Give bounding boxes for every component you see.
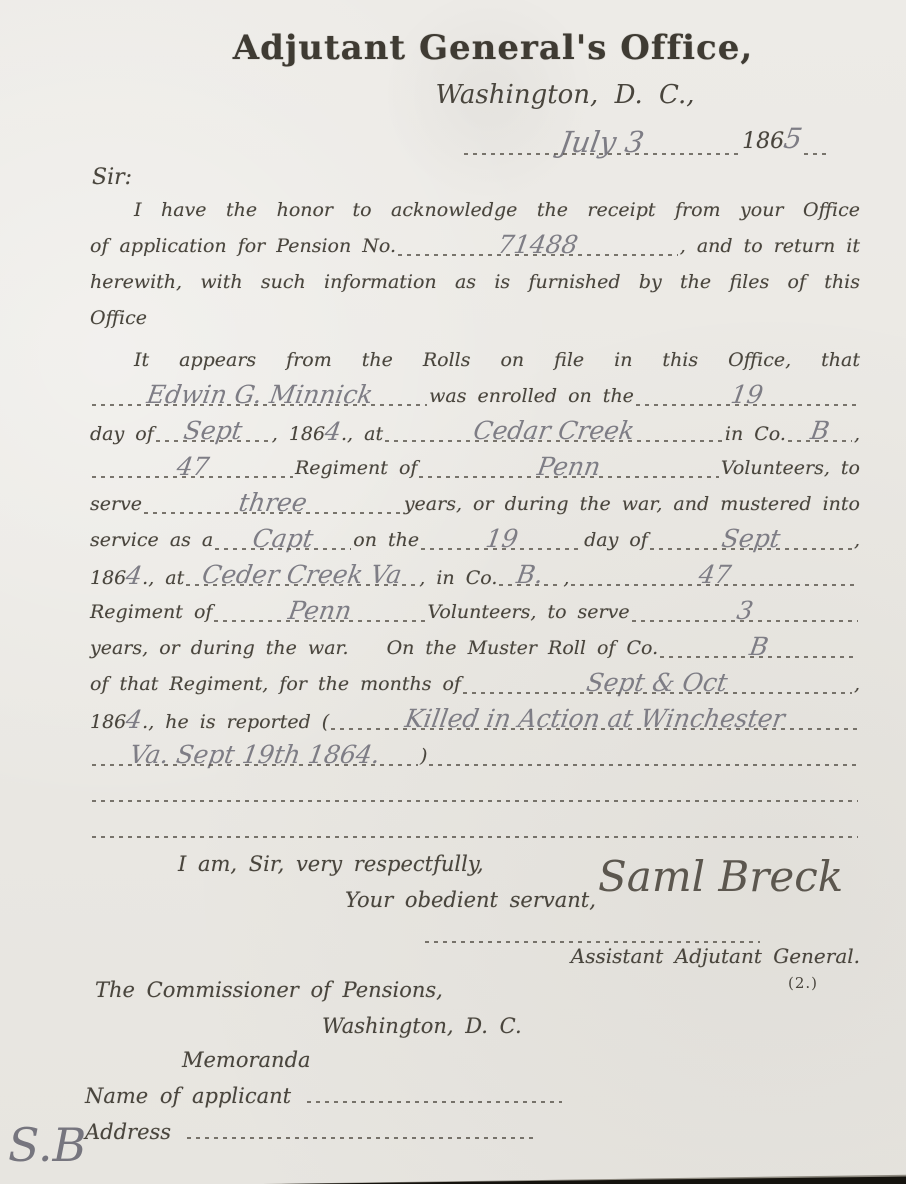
memoranda-label: Memoranda [182,1048,311,1072]
letter-line: It appears from the Rolls on file in thi… [90,342,860,378]
addressee-line1-wrap: The Commissioner of Pensions, [95,972,443,1008]
letter-line: Va. Sept 19th 1864.) [90,738,860,774]
handwritten-entry: Sept & Oct [585,668,730,697]
office-title: Adjutant General's Office, [80,28,906,68]
form-blank: Penn [212,594,427,630]
printed-text: , 186 [272,416,325,452]
date-line: July 3 186 5 [462,120,830,164]
dotted-blank [427,738,860,774]
printed-text: ) [420,738,427,774]
handwritten-entry: Sept [720,524,783,553]
letter-line: Edwin G. Minnickwas enrolled on the19 [90,378,860,414]
printed-text: of application for Pension No. [90,228,396,264]
salutation: Sir: [92,165,132,190]
handwritten-entry: Capt [251,524,316,553]
form-blank: Edwin G. Minnick [90,378,429,414]
clerk-initials-wrap: S.B [8,1118,86,1172]
applicant-name-blank [307,1101,562,1103]
letter-line [90,774,860,810]
handwritten-entry: three [237,488,309,517]
printed-text: years, or during the war. [90,630,349,666]
printed-text: , [854,522,860,558]
letter-line: 47Regiment ofPennVolunteers, to [90,450,860,486]
closing-respectfully-wrap: I am, Sir, very respectfully, [178,846,484,882]
closing-servant-wrap: Your obedient servant, [345,882,596,918]
printed-text: ., he is reported ( [142,704,329,740]
printed-text: serve [90,486,142,522]
applicant-name-label: Name of applicant [85,1078,291,1114]
printed-text: 186 [90,560,126,596]
letter-line: 1864., atCeder Creek Va, in Co.B.,47 [90,558,860,594]
addressee-line1: The Commissioner of Pensions, [95,978,443,1002]
printed-text: of that Regiment, for the months of [90,666,461,702]
printed-text: ., at [142,560,184,596]
letter-line: Regiment ofPennVolunteers, to serve3 [90,594,860,630]
dotted-blank [90,810,860,846]
handwritten-entry: 47 [174,452,210,481]
applicant-name-row: Name of applicant [85,1078,562,1114]
city-line: Washington, D. C., [435,80,694,110]
letter-line: day ofSept, 1864., atCedar Creekin Co.B, [90,414,860,450]
memoranda-wrap: Memoranda [182,1042,311,1078]
form-blank: Killed in Action at Winchester [329,702,860,738]
printed-text: day of [584,522,648,558]
printed-text: in Co. [725,416,786,452]
printed-text: years, or during the war, and mustered i… [404,486,860,522]
page-mark: (2.) [788,974,818,992]
closing-servant: Your obedient servant, [345,888,596,912]
printed-text: herewith, with such information as is fu… [90,271,860,293]
letter-line: herewith, with such information as is fu… [90,264,860,300]
form-blank: three [142,486,404,522]
handwritten-entry: Penn [536,452,603,481]
form-blank: 47 [90,450,295,486]
closing-respectfully: I am, Sir, very respectfully, [178,852,484,876]
form-blank: Ceder Creek Va [184,558,419,594]
letter-line: of application for Pension No.71488, and… [90,228,860,264]
handwritten-entry: Sept [181,416,244,445]
form-blank: Sept & Oct [461,666,854,702]
form-blank: Capt [213,522,353,558]
printed-text: On the Muster Roll of Co. [387,630,659,666]
letter-line: years, or during the war.On the Muster R… [90,630,860,666]
signed-title-wrap: Assistant Adjutant General. [571,938,860,974]
form-blank: 3 [630,594,860,630]
handwritten-entry: 19 [483,524,519,553]
addressee-line2: Washington, D. C. [322,1014,522,1038]
clerk-initials: S.B [8,1118,86,1172]
city-line-wrap: Washington, D. C., [380,80,750,110]
form-blank: Penn [417,450,720,486]
printed-text: Volunteers, to serve [427,594,629,630]
handwritten-entry: Edwin G. Minnick [144,380,374,409]
handwritten-entry: Ceder Creek Va [200,560,404,589]
handwritten-entry: B. [515,560,546,589]
printed-text: Office [90,300,147,336]
form-blank: Sept [154,414,272,450]
handwritten-entry: 71488 [496,230,580,259]
signed-title: Assistant Adjutant General. [571,944,860,968]
form-blank: B [786,414,854,450]
addressee-line2-wrap: Washington, D. C. [322,1008,522,1044]
dotted-blank [90,774,860,810]
address-label: Address [85,1114,171,1150]
printed-text: on the [353,522,419,558]
letterhead: Adjutant General's Office, [80,28,906,68]
printed-text: , [854,666,860,702]
letter-line [90,810,860,846]
handwritten-entry: Va. Sept 19th 1864. [128,740,383,769]
handwritten-entry: Cedar Creek [471,416,636,445]
address-row: Address [85,1114,537,1150]
printed-text: was enrolled on the [429,378,634,414]
form-blank: Va. Sept 19th 1864. [90,738,420,774]
letter-line: servethreeyears, or during the war, and … [90,486,860,522]
letter-line: 1864., he is reported (Killed in Action … [90,702,860,738]
printed-text: day of [90,416,154,452]
form-blank: Sept [648,522,854,558]
printed-text: Regiment of [295,450,417,486]
printed-text: service as a [90,522,213,558]
printed-text: , and to return it [680,228,860,264]
letter-line: service as aCapton the19day ofSept, [90,522,860,558]
signature-wrap: Saml Breck [598,852,843,901]
printed-text: ., at [341,416,383,452]
form-blank: 47 [569,558,860,594]
date-blank: July 3 [462,120,742,164]
handwritten-entry: 3 [735,596,755,625]
salutation-wrap: Sir: [92,160,132,196]
printed-text: Volunteers, to [721,450,860,486]
letter-body: I have the honor to acknowledge the rece… [90,192,860,846]
form-blank: Cedar Creek [383,414,725,450]
letter-line: I have the honor to acknowledge the rece… [90,192,860,228]
scanned-letter-page: Adjutant General's Office, Washington, D… [0,0,906,1184]
signature: Saml Breck [598,852,843,901]
letter-line: of that Regiment, for the months ofSept … [90,666,860,702]
dotted-blank [802,120,830,164]
printed-text: , in Co. [419,560,497,596]
printed-text: Regiment of [90,594,212,630]
handwritten-entry: Penn [286,596,353,625]
handwritten-entry: 47 [697,560,733,589]
printed-year-prefix: 186 [742,120,784,164]
printed-text: , [854,416,860,452]
handwritten-entry: 19 [729,380,765,409]
form-blank: B [658,630,860,666]
printed-text: 186 [90,704,126,740]
form-blank: 19 [419,522,584,558]
handwritten-entry: B [808,416,831,445]
form-blank: 19 [634,378,860,414]
handwritten-date: July 3 [558,125,647,159]
address-blank [187,1137,537,1139]
printed-text: I have the honor to acknowledge the rece… [134,199,860,221]
form-blank: 71488 [396,228,680,264]
handwritten-entry: B [748,632,771,661]
form-blank: B. [497,558,563,594]
printed-text: It appears from the Rolls on file in thi… [134,349,860,371]
handwritten-entry: Killed in Action at Winchester [403,704,787,733]
